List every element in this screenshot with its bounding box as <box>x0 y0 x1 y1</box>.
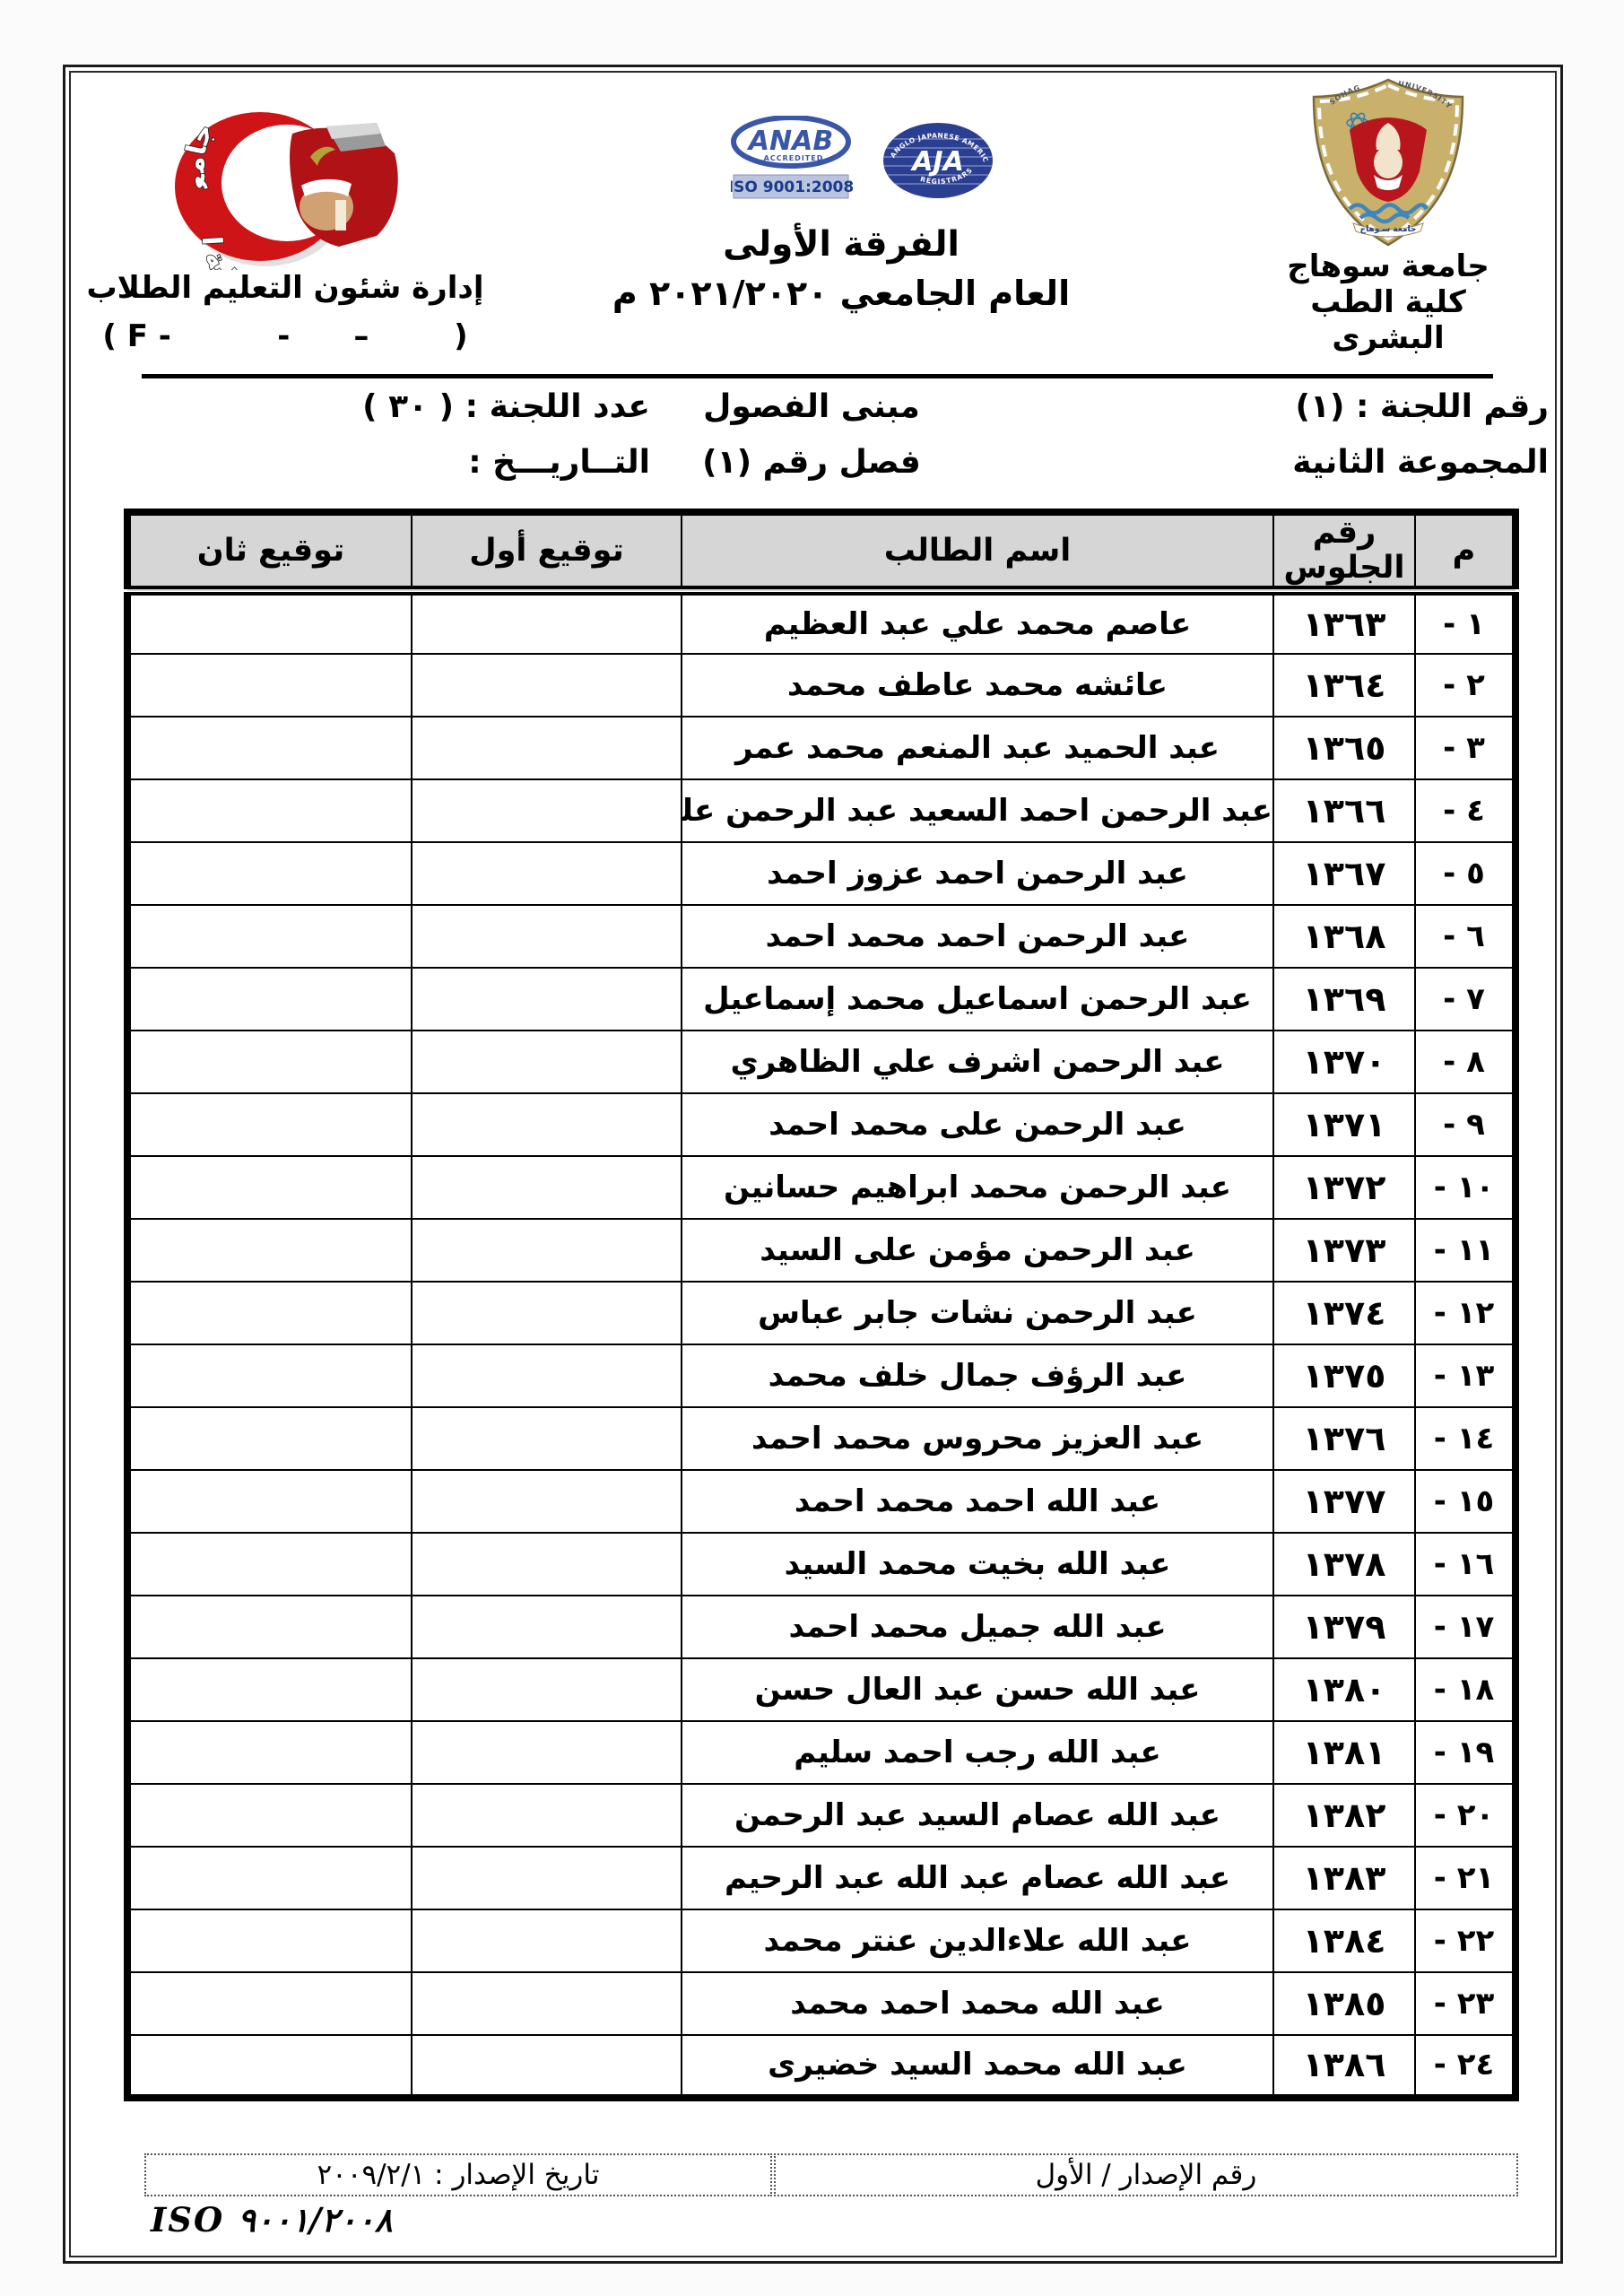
second-signature-cell <box>127 1596 412 1658</box>
row-number: ٢٤ - <box>1415 2035 1515 2098</box>
seat-number: ١٣٧٥ <box>1273 1344 1415 1407</box>
seat-number: ١٣٧١ <box>1273 1093 1415 1156</box>
faculty-crescent-logo: جامعة سوهاج كلية الطب <box>151 100 416 270</box>
student-name: عبد الرحمن نشات جابر عباس <box>682 1282 1273 1344</box>
row-number: ٣ - <box>1415 717 1515 779</box>
iso-9001-badge: ISO 9001:2008 <box>731 178 854 196</box>
aja-wordmark: AJA <box>910 146 964 178</box>
row-number: ١٥ - <box>1415 1470 1515 1533</box>
svg-text:جامعة سوهاج: جامعة سوهاج <box>151 100 221 195</box>
committee-count: عدد اللجنة : ( ٣٠ ) <box>343 388 650 425</box>
first-signature-cell <box>412 1909 682 1972</box>
col-header-student-name: اسم الطالب <box>682 512 1273 591</box>
table-row: ٢ - ١٣٦٤ عائشه محمد عاطف محمد <box>127 654 1515 717</box>
col-header-second-signature: توقيع ثان <box>127 512 412 591</box>
first-signature-cell <box>412 1658 682 1721</box>
second-signature-cell <box>127 1344 412 1407</box>
student-name: عائشه محمد عاطف محمد <box>682 654 1273 717</box>
table-row: ٢٢ - ١٣٨٤ عبد الله علاءالدين عنتر محمد <box>127 1909 1515 1972</box>
row-number: ٨ - <box>1415 1031 1515 1093</box>
student-name: عاصم محمد علي عبد العظيم <box>682 591 1273 654</box>
row-number: ١١ - <box>1415 1219 1515 1282</box>
row-number: ٤ - <box>1415 779 1515 842</box>
table-row: ٤ - ١٣٦٦ عبد الرحمن احمد السعيد عبد الرح… <box>127 779 1515 842</box>
row-number: ١٣ - <box>1415 1344 1515 1407</box>
student-name: عبد الرحمن احمد السعيد عبد الرحمن على <box>682 779 1273 842</box>
seat-number: ١٣٧٣ <box>1273 1219 1415 1282</box>
table-row: ٢٤ - ١٣٨٦ عبد الله محمد السيد خضيرى <box>127 2035 1515 2098</box>
document-sheet: جامعة سوهاج كلية الطب إدارة شئون التعليم… <box>63 65 1563 2264</box>
second-signature-cell <box>127 1031 412 1093</box>
col-header-index: م <box>1415 512 1515 591</box>
row-number: ١ - <box>1415 591 1515 654</box>
first-signature-cell <box>412 717 682 779</box>
first-signature-cell <box>412 779 682 842</box>
table-row: ١٣ - ١٣٧٥ عبد الرؤف جمال خلف محمد <box>127 1344 1515 1407</box>
col-header-seat-number: رقم الجلوس <box>1273 512 1415 591</box>
date-label: التــاريـــخ : <box>343 444 650 481</box>
table-row: ٨ - ١٣٧٠ عبد الرحمن اشرف علي الظاهري <box>127 1031 1515 1093</box>
first-signature-cell <box>412 1282 682 1344</box>
seat-number: ١٣٦٧ <box>1273 842 1415 905</box>
certification-logos: ANAB ACCREDITED ISO 9001:2008 AJA ANGLO … <box>731 116 996 205</box>
seat-number: ١٣٦٤ <box>1273 654 1415 717</box>
second-signature-cell <box>127 779 412 842</box>
table-row: ١١ - ١٣٧٣ عبد الرحمن مؤمن على السيد <box>127 1219 1515 1282</box>
faculty-name: كلية الطب البشرى <box>1258 284 1518 356</box>
university-block: SOHAG UNIVERSITY جامعة سـوهاج <box>1258 76 1518 356</box>
col-header-first-signature: توقيع أول <box>412 512 682 591</box>
second-signature-cell <box>127 717 412 779</box>
issue-date-box: تاريخ الإصدار : ٢٠٠٩/٢/١ <box>144 2153 772 2196</box>
student-name: عبد الرحمن مؤمن على السيد <box>682 1219 1273 1282</box>
row-number: ٥ - <box>1415 842 1515 905</box>
first-signature-cell <box>412 1972 682 2035</box>
grade-title: الفرقة الأولى <box>473 224 1209 265</box>
building-label: مبنى الفصول <box>668 388 955 425</box>
room-number: فصل رقم (١) <box>668 444 955 481</box>
seat-number: ١٣٨٢ <box>1273 1784 1415 1847</box>
second-signature-cell <box>127 1156 412 1219</box>
seat-number: ١٣٦٣ <box>1273 591 1415 654</box>
row-number: ١٩ - <box>1415 1721 1515 1784</box>
seat-number: ١٣٨٠ <box>1273 1658 1415 1721</box>
second-signature-cell <box>127 1093 412 1156</box>
first-signature-cell <box>412 1847 682 1909</box>
seat-number: ١٣٧٧ <box>1273 1470 1415 1533</box>
first-signature-cell <box>412 654 682 717</box>
first-signature-cell <box>412 591 682 654</box>
form-code: ( F - - – ) <box>85 318 485 354</box>
second-signature-cell <box>127 1972 412 2035</box>
student-name: عبد الرحمن على محمد احمد <box>682 1093 1273 1156</box>
seat-number: ١٣٧٦ <box>1273 1407 1415 1470</box>
first-signature-cell <box>412 1407 682 1470</box>
student-name: عبد الرحمن محمد ابراهيم حسانين <box>682 1156 1273 1219</box>
seat-number: ١٣٧٨ <box>1273 1533 1415 1596</box>
second-signature-cell <box>127 1282 412 1344</box>
student-name: عبد الحميد عبد المنعم محمد عمر <box>682 717 1273 779</box>
table-header-row: م رقم الجلوس اسم الطالب توقيع أول توقيع … <box>127 512 1515 591</box>
row-number: ٢ - <box>1415 654 1515 717</box>
student-name: عبد الله عصام عبد الله عبد الرحيم <box>682 1847 1273 1909</box>
first-signature-cell <box>412 905 682 968</box>
iso-certification-line: ISO ٩٠٠١/٢٠٠٨ <box>151 2200 393 2239</box>
issue-number-box: رقم الإصدار / الأول <box>774 2153 1518 2196</box>
second-signature-cell <box>127 1721 412 1784</box>
student-name: عبد الله جميل محمد احمد <box>682 1596 1273 1658</box>
seat-number: ١٣٨٣ <box>1273 1847 1415 1909</box>
second-signature-cell <box>127 1909 412 1972</box>
seat-number: ١٣٨١ <box>1273 1721 1415 1784</box>
committee-number: رقم اللجنة : (١) <box>1203 388 1549 425</box>
department-title: إدارة شئون التعليم الطلاب <box>85 270 485 306</box>
student-name: عبد الله محمد احمد محمد <box>682 1972 1273 2035</box>
seat-number: ١٣٨٥ <box>1273 1972 1415 2035</box>
second-signature-cell <box>127 1784 412 1847</box>
academic-year-title: العام الجامعي ٢٠٢١/٢٠٢٠ م <box>473 274 1209 313</box>
seat-number: ١٣٧٤ <box>1273 1282 1415 1344</box>
anab-wordmark: ANAB <box>747 126 833 157</box>
attendance-table: م رقم الجلوس اسم الطالب توقيع أول توقيع … <box>124 509 1519 2101</box>
first-signature-cell <box>412 2035 682 2098</box>
table-row: ٣ - ١٣٦٥ عبد الحميد عبد المنعم محمد عمر <box>127 717 1515 779</box>
group-label: المجموعة الثانية <box>1203 444 1549 481</box>
second-signature-cell <box>127 968 412 1031</box>
second-signature-cell <box>127 591 412 654</box>
first-signature-cell <box>412 1721 682 1784</box>
second-signature-cell <box>127 1533 412 1596</box>
seat-number: ١٣٦٩ <box>1273 968 1415 1031</box>
table-row: ١٥ - ١٣٧٧ عبد الله احمد محمد احمد <box>127 1470 1515 1533</box>
second-signature-cell <box>127 654 412 717</box>
table-row: ١٦ - ١٣٧٨ عبد الله بخيت محمد السيد <box>127 1533 1515 1596</box>
row-number: ١٢ - <box>1415 1282 1515 1344</box>
student-name: عبد الله بخيت محمد السيد <box>682 1533 1273 1596</box>
row-number: ١٤ - <box>1415 1407 1515 1470</box>
table-row: ١٠ - ١٣٧٢ عبد الرحمن محمد ابراهيم حسانين <box>127 1156 1515 1219</box>
row-number: ١٠ - <box>1415 1156 1515 1219</box>
row-number: ١٦ - <box>1415 1533 1515 1596</box>
row-number: ٩ - <box>1415 1093 1515 1156</box>
student-name: عبد الله عصام السيد عبد الرحمن <box>682 1784 1273 1847</box>
anab-accredited-text: ACCREDITED <box>764 154 824 162</box>
table-row: ١٢ - ١٣٧٤ عبد الرحمن نشات جابر عباس <box>127 1282 1515 1344</box>
first-signature-cell <box>412 1470 682 1533</box>
table-row: ٧ - ١٣٦٩ عبد الرحمن اسماعيل محمد إسماعيل <box>127 968 1515 1031</box>
second-signature-cell <box>127 2035 412 2098</box>
aja-logo: AJA ANGLO JAPANESE AMERICAN REGISTRARS <box>881 121 996 200</box>
first-signature-cell <box>412 1596 682 1658</box>
second-signature-cell <box>127 905 412 968</box>
student-name: عبد الله حسن عبد العال حسن <box>682 1658 1273 1721</box>
table-row: ٥ - ١٣٦٧ عبد الرحمن احمد عزوز احمد <box>127 842 1515 905</box>
first-signature-cell <box>412 1031 682 1093</box>
second-signature-cell <box>127 1219 412 1282</box>
seat-number: ١٣٦٦ <box>1273 779 1415 842</box>
student-name: عبد الرحمن احمد محمد احمد <box>682 905 1273 968</box>
shield-banner-text: جامعة سـوهاج <box>1360 225 1417 234</box>
first-signature-cell <box>412 1219 682 1282</box>
second-signature-cell <box>127 842 412 905</box>
university-name: جامعة سوهاج <box>1258 248 1518 284</box>
seat-number: ١٣٨٤ <box>1273 1909 1415 1972</box>
seat-number: ١٣٧٢ <box>1273 1156 1415 1219</box>
table-row: ٢٣ - ١٣٨٥ عبد الله محمد احمد محمد <box>127 1972 1515 2035</box>
student-name: عبد الرحمن احمد عزوز احمد <box>682 842 1273 905</box>
anab-logo: ANAB ACCREDITED ISO 9001:2008 <box>731 116 865 205</box>
table-row: ١٧ - ١٣٧٩ عبد الله جميل محمد احمد <box>127 1596 1515 1658</box>
student-name: عبد العزيز محروس محمد احمد <box>682 1407 1273 1470</box>
student-name: عبد الله احمد محمد احمد <box>682 1470 1273 1533</box>
second-signature-cell <box>127 1658 412 1721</box>
row-number: ٧ - <box>1415 968 1515 1031</box>
header-separator-rule <box>142 374 1493 378</box>
table-row: ١٤ - ١٣٧٦ عبد العزيز محروس محمد احمد <box>127 1407 1515 1470</box>
second-signature-cell <box>127 1470 412 1533</box>
table-row: ٢١ - ١٣٨٣ عبد الله عصام عبد الله عبد الر… <box>127 1847 1515 1909</box>
row-number: ٢٣ - <box>1415 1972 1515 2035</box>
second-signature-cell <box>127 1847 412 1909</box>
table-row: ١٨ - ١٣٨٠ عبد الله حسن عبد العال حسن <box>127 1658 1515 1721</box>
seat-number: ١٣٧٩ <box>1273 1596 1415 1658</box>
table-row: ٦ - ١٣٦٨ عبد الرحمن احمد محمد احمد <box>127 905 1515 968</box>
row-number: ٢١ - <box>1415 1847 1515 1909</box>
table-row: ٢٠ - ١٣٨٢ عبد الله عصام السيد عبد الرحمن <box>127 1784 1515 1847</box>
first-signature-cell <box>412 968 682 1031</box>
crescent-arc-top-text: جامعة سوهاج <box>151 100 221 195</box>
second-signature-cell <box>127 1407 412 1470</box>
row-number: ٢٠ - <box>1415 1784 1515 1847</box>
seat-number: ١٣٦٨ <box>1273 905 1415 968</box>
row-number: ١٧ - <box>1415 1596 1515 1658</box>
student-name: عبد الله محمد السيد خضيرى <box>682 2035 1273 2098</box>
student-name: عبد الله رجب احمد سليم <box>682 1721 1273 1784</box>
first-signature-cell <box>412 842 682 905</box>
table-row: ١ - ١٣٦٣ عاصم محمد علي عبد العظيم <box>127 591 1515 654</box>
seat-number: ١٣٦٥ <box>1273 717 1415 779</box>
table-row: ١٩ - ١٣٨١ عبد الله رجب احمد سليم <box>127 1721 1515 1784</box>
student-name: عبد الرحمن اشرف علي الظاهري <box>682 1031 1273 1093</box>
student-name: عبد الرحمن اسماعيل محمد إسماعيل <box>682 968 1273 1031</box>
row-number: ٢٢ - <box>1415 1909 1515 1972</box>
first-signature-cell <box>412 1093 682 1156</box>
first-signature-cell <box>412 1156 682 1219</box>
seat-number: ١٣٧٠ <box>1273 1031 1415 1093</box>
student-name: عبد الله علاءالدين عنتر محمد <box>682 1909 1273 1972</box>
first-signature-cell <box>412 1344 682 1407</box>
table-row: ٩ - ١٣٧١ عبد الرحمن على محمد احمد <box>127 1093 1515 1156</box>
first-signature-cell <box>412 1533 682 1596</box>
row-number: ١٨ - <box>1415 1658 1515 1721</box>
row-number: ٦ - <box>1415 905 1515 968</box>
first-signature-cell <box>412 1784 682 1847</box>
seat-number: ١٣٨٦ <box>1273 2035 1415 2098</box>
university-shield-logo: SOHAG UNIVERSITY جامعة سـوهاج <box>1307 76 1470 248</box>
student-name: عبد الرؤف جمال خلف محمد <box>682 1344 1273 1407</box>
